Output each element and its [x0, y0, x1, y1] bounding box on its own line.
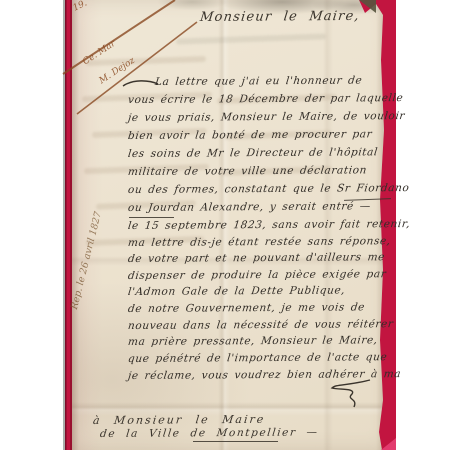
letter-line: l'Admon Gale de la Dette Publique, [127, 284, 346, 298]
folded-corner [359, 0, 376, 13]
underline-stroke [129, 217, 174, 218]
letter-line: dispenser de produire la pièce exigée pa… [127, 268, 387, 282]
salutation: Monsieur le Maire, [199, 9, 360, 25]
letter-line: La lettre que j'ai eu l'honneur de [154, 75, 363, 88]
letter-line: bien avoir la bonté de me procurer par [127, 128, 373, 142]
letter-line: ou des formes, constatant que le Sr Fior… [127, 182, 410, 196]
letter-line: nouveau dans la nécessité de vous réitér… [127, 318, 394, 332]
letter-line: ma lettre dis-je étant restée sans répon… [127, 235, 391, 249]
letter-line: ma prière pressante, Monsieur le Maire, [127, 334, 378, 348]
letter-line: vous écrire le 18 Décembre der par laque… [127, 92, 404, 106]
letter-line: que pénétré de l'importance de l'acte qu… [127, 351, 388, 365]
letter-line: je vous priais, Monsieur le Maire, de vo… [127, 110, 405, 124]
letter-line: ou Jourdan Alexandre, y serait entré — [127, 200, 371, 214]
letter-line: le 15 septembre 1823, sans avoir fait re… [127, 218, 411, 232]
address-line: de la Ville de Montpellier — [99, 426, 319, 440]
letter-line: militaire de votre ville une déclaration [127, 164, 367, 178]
screenshot-root: 19. Ce. Mar M. Dejoz Rep. le 26 avril 18… [0, 0, 450, 450]
letter-line: les soins de Mr le Directeur de l'hôpita… [127, 146, 378, 160]
paraph-flourish-icon [326, 378, 376, 410]
letter-line: de votre part et ne pouvant d'ailleurs m… [127, 251, 385, 265]
letter-line: de notre Gouvernement, je me vois de [127, 301, 365, 315]
underline-stroke [193, 441, 278, 442]
binding-corner-wedge [381, 438, 396, 450]
address-line: à Monsieur le Maire [92, 413, 266, 427]
letter-photo: 19. Ce. Mar M. Dejoz Rep. le 26 avril 18… [63, 0, 396, 450]
